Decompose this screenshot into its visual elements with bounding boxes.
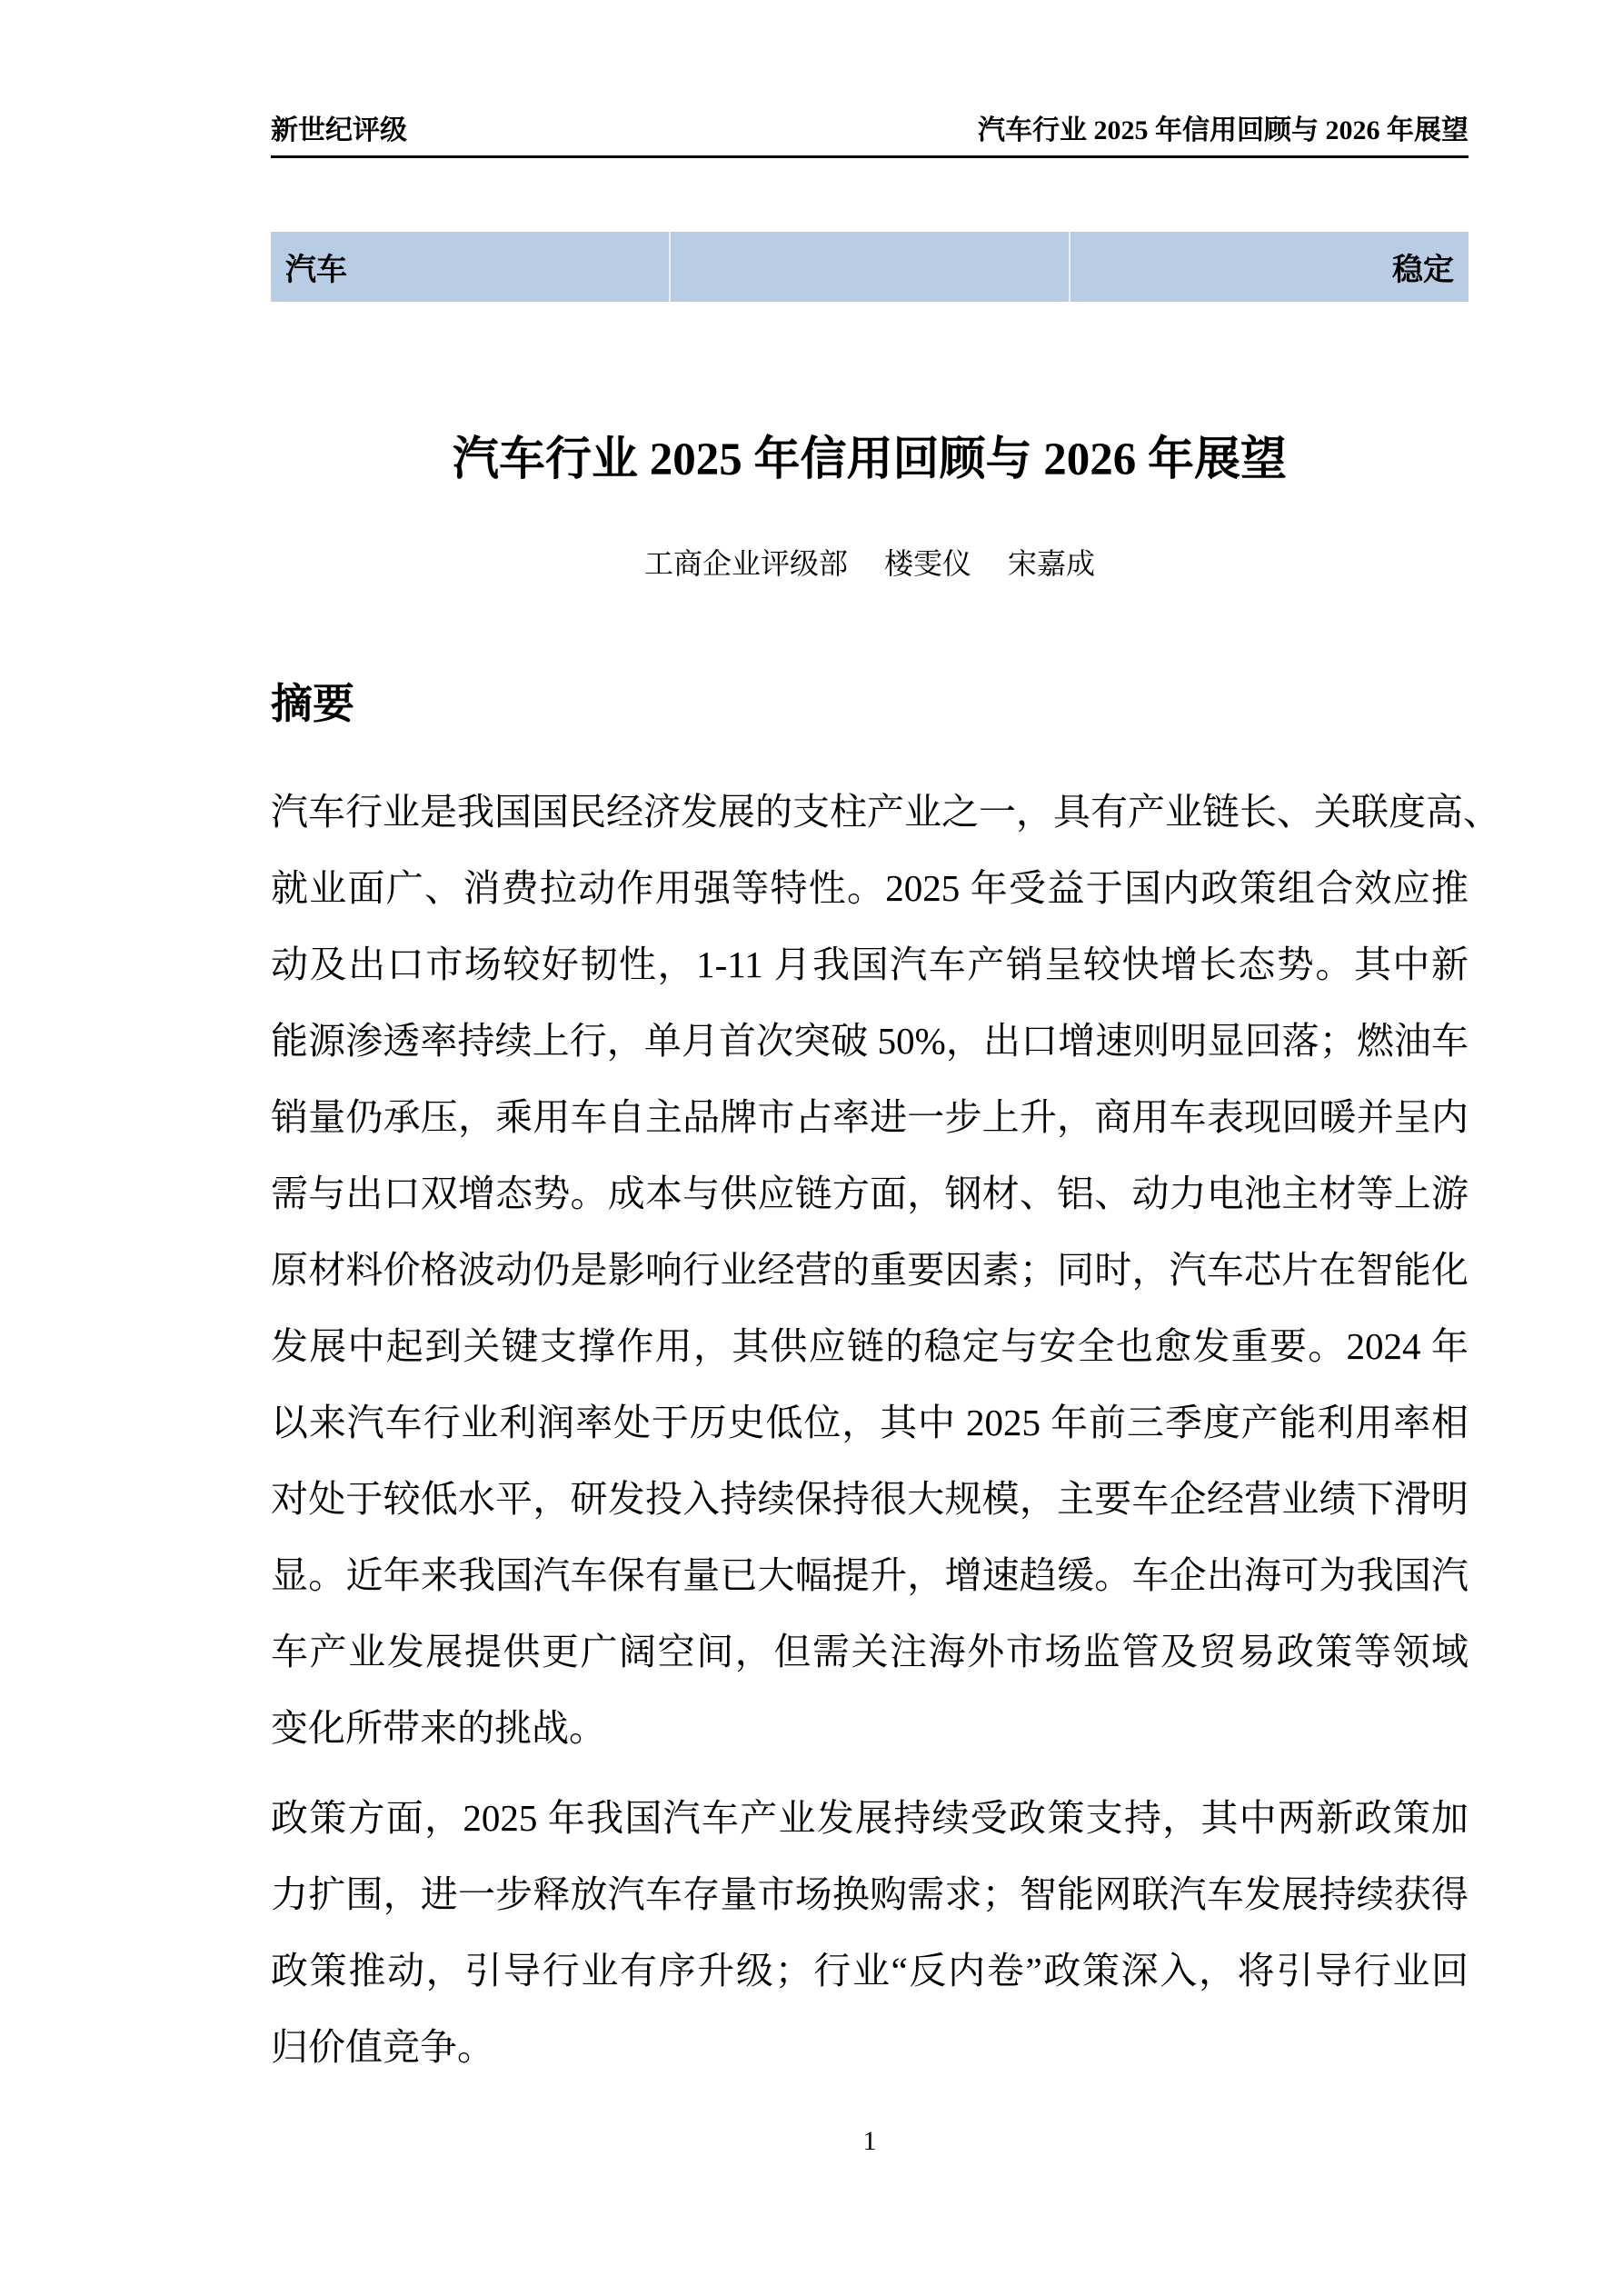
paragraph: 政策方面，2025 年我国汽车产业发展持续受政策支持，其中两新政策加力扩围，进一… xyxy=(271,1780,1469,2085)
body-line: 政策方面，2025 年我国汽车产业发展持续受政策支持，其中两新政策加 xyxy=(271,1780,1469,1856)
header-report-title: 汽车行业 2025 年信用回顾与 2026 年展望 xyxy=(978,115,1469,147)
report-page: 新世纪评级 汽车行业 2025 年信用回顾与 2026 年展望 汽车 稳定 汽车… xyxy=(0,0,1623,2296)
sector-cell: 汽车 xyxy=(271,232,669,302)
abstract-paragraphs: 汽车行业是我国国民经济发展的支柱产业之一，具有产业链长、关联度高、就业面广、消费… xyxy=(271,774,1469,2085)
body-line: 变化所带来的挑战。 xyxy=(271,1690,1469,1766)
body-line: 需与出口双增态势。成本与供应链方面，钢材、铝、动力电池主材等上游 xyxy=(271,1155,1469,1232)
outlook-cell: 稳定 xyxy=(1069,232,1469,302)
body-line: 力扩围，进一步释放汽车存量市场换购需求；智能网联汽车发展持续获得 xyxy=(271,1856,1469,1932)
byline: 工商企业评级部 楼雯仪 宋嘉成 xyxy=(271,545,1469,582)
body-line: 归价值竞争。 xyxy=(271,2009,1469,2085)
page-number: 1 xyxy=(271,2125,1469,2158)
body-line: 销量仍承压，乘用车自主品牌市占率进一步上升，商用车表现回暖并呈内 xyxy=(271,1079,1469,1155)
body-line: 能源渗透率持续上行，单月首次突破 50%，出口增速则明显回落；燃油车 xyxy=(271,1003,1469,1079)
body-line: 政策推动，引导行业有序升级；行业“反内卷”政策深入，将引导行业回 xyxy=(271,1932,1469,2009)
body-line: 汽车行业是我国国民经济发展的支柱产业之一，具有产业链长、关联度高、 xyxy=(271,774,1469,850)
brand-name: 新世纪评级 xyxy=(271,115,407,147)
outlook-label: 稳定 xyxy=(1392,245,1454,289)
paragraph: 汽车行业是我国国民经济发展的支柱产业之一，具有产业链长、关联度高、就业面广、消费… xyxy=(271,774,1469,1766)
sector-outlook-banner: 汽车 稳定 xyxy=(271,232,1469,302)
body-line: 以来汽车行业利润率处于历史低位，其中 2025 年前三季度产能利用率相 xyxy=(271,1384,1469,1461)
body-line: 显。近年来我国汽车保有量已大幅提升，增速趋缓。车企出海可为我国汽 xyxy=(271,1537,1469,1613)
body-line: 对处于较低水平，研发投入持续保持很大规模，主要车企经营业绩下滑明 xyxy=(271,1461,1469,1537)
page-header: 新世纪评级 汽车行业 2025 年信用回顾与 2026 年展望 xyxy=(271,115,1469,158)
body-line: 原材料价格波动仍是影响行业经营的重要因素；同时，汽车芯片在智能化 xyxy=(271,1232,1469,1308)
body-line: 车产业发展提供更广阔空间，但需关注海外市场监管及贸易政策等领域 xyxy=(271,1613,1469,1690)
body-line: 发展中起到关键支撑作用，其供应链的稳定与安全也愈发重要。2024 年 xyxy=(271,1308,1469,1384)
document-title: 汽车行业 2025 年信用回顾与 2026 年展望 xyxy=(271,433,1469,487)
sector-label: 汽车 xyxy=(285,245,347,289)
body-line: 动及出口市场较好韧性，1-11 月我国汽车产销呈较快增长态势。其中新 xyxy=(271,926,1469,1003)
body-line: 就业面广、消费拉动作用强等特性。2025 年受益于国内政策组合效应推 xyxy=(271,850,1469,926)
abstract-heading: 摘要 xyxy=(271,678,354,729)
banner-spacer-cell xyxy=(669,232,1069,302)
